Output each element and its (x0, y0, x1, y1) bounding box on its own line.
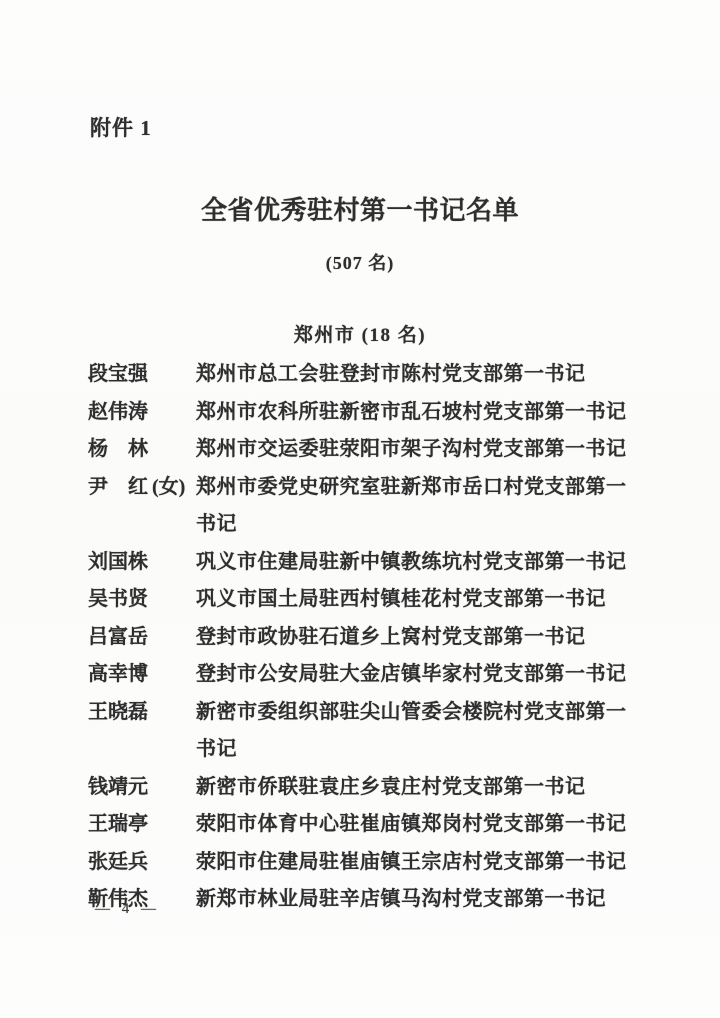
list-item: 吕富岳 登封市政协驻石道乡上窝村党支部第一书记 (88, 619, 634, 657)
list-item: 杨 林 郑州市交运委驻荥阳市架子沟村党支部第一书记 (88, 431, 634, 469)
person-name: 刘国株 (88, 544, 152, 582)
position-description: 郑州市总工会驻登封市陈村党支部第一书记 (196, 356, 634, 394)
person-name: 段宝强 (88, 356, 152, 394)
person-name: 王瑞亭 (88, 806, 152, 844)
list-item: 吴书贤 巩义市国土局驻西村镇桂花村党支部第一书记 (88, 581, 634, 619)
position-description: 荥阳市体育中心驻崔庙镇郑岗村党支部第一书记 (196, 806, 634, 844)
list-item: 段宝强 郑州市总工会驻登封市陈村党支部第一书记 (88, 356, 634, 394)
position-description: 登封市政协驻石道乡上窝村党支部第一书记 (196, 619, 634, 657)
person-name: 钱靖元 (88, 769, 152, 807)
person-name: 吕富岳 (88, 619, 152, 657)
list-item: 高幸博 登封市公安局驻大金店镇毕家村党支部第一书记 (88, 656, 634, 694)
document-page: 附件 1 全省优秀驻村第一书记名单 (507 名) 郑州市 (18 名) 段宝强… (0, 0, 720, 1018)
position-description: 荥阳市住建局驻崔庙镇王宗店村党支部第一书记 (196, 844, 634, 882)
position-description: 郑州市交运委驻荥阳市架子沟村党支部第一书记 (196, 431, 634, 469)
name-list: 段宝强 郑州市总工会驻登封市陈村党支部第一书记 赵伟涛 郑州市农科所驻新密市乱石… (88, 356, 634, 919)
list-item: 赵伟涛 郑州市农科所驻新密市乱石坡村党支部第一书记 (88, 394, 634, 432)
person-name: 高幸博 (88, 656, 152, 694)
list-item: 王瑞亭 荥阳市体育中心驻崔庙镇郑岗村党支部第一书记 (88, 806, 634, 844)
attachment-label: 附件 1 (90, 112, 152, 142)
position-description: 新密市侨联驻袁庄乡袁庄村党支部第一书记 (196, 769, 634, 807)
list-item: 靳伟杰 新郑市林业局驻辛店镇马沟村党支部第一书记 (88, 881, 634, 919)
position-description: 新密市委组织部驻尖山管委会楼院村党支部第一 书记 (196, 694, 634, 769)
position-description: 郑州市农科所驻新密市乱石坡村党支部第一书记 (196, 394, 634, 432)
position-description: 登封市公安局驻大金店镇毕家村党支部第一书记 (196, 656, 634, 694)
document-title: 全省优秀驻村第一书记名单 (0, 190, 720, 227)
position-description: 巩义市住建局驻新中镇教练坑村党支部第一书记 (196, 544, 634, 582)
person-name: 杨 林 (88, 431, 152, 469)
gender-note: (女) (152, 469, 196, 507)
page-number: — 4 — (95, 901, 160, 918)
total-count: (507 名) (0, 249, 720, 275)
person-name: 张廷兵 (88, 844, 152, 882)
person-name: 赵伟涛 (88, 394, 152, 432)
list-item: 王晓磊 新密市委组织部驻尖山管委会楼院村党支部第一 书记 (88, 694, 634, 769)
list-item: 张廷兵 荥阳市住建局驻崔庙镇王宗店村党支部第一书记 (88, 844, 634, 882)
person-name: 吴书贤 (88, 581, 152, 619)
list-item: 钱靖元 新密市侨联驻袁庄乡袁庄村党支部第一书记 (88, 769, 634, 807)
position-description: 郑州市委党史研究室驻新郑市岳口村党支部第一 书记 (196, 469, 634, 544)
position-description: 新郑市林业局驻辛店镇马沟村党支部第一书记 (196, 881, 634, 919)
person-name: 尹 红 (88, 469, 152, 507)
section-header: 郑州市 (18 名) (0, 320, 720, 347)
position-description: 巩义市国土局驻西村镇桂花村党支部第一书记 (196, 581, 634, 619)
list-item: 刘国株 巩义市住建局驻新中镇教练坑村党支部第一书记 (88, 544, 634, 582)
list-item: 尹 红 (女) 郑州市委党史研究室驻新郑市岳口村党支部第一 书记 (88, 469, 634, 544)
person-name: 王晓磊 (88, 694, 152, 732)
